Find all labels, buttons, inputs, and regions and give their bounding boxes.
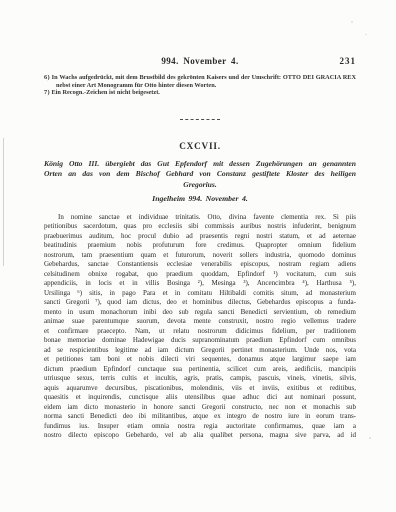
scanned-book-page: 994. November 4. 231 6) In Wachs aufgedr… xyxy=(0,0,396,512)
body-line: utriusque sexus, terris cultis et incult… xyxy=(44,374,356,384)
body-line: nostro dilecto episcopo Gebehardo, vel a… xyxy=(44,431,356,441)
body-line: sancti Gregorii ⁷), quod iam dictus, deo… xyxy=(44,298,356,308)
body-line: In nomine sanctae et individuae trinitat… xyxy=(44,213,356,223)
charter-dateline: Ingelheim 994. November 4. xyxy=(44,194,356,203)
body-line: quaesitis et inquirendis, cunctisque ali… xyxy=(44,393,356,403)
charter-body: In nomine sanctae et individuae trinitat… xyxy=(44,213,356,441)
footnote-block: 6) In Wachs aufgedrückt, mit dem Brustbi… xyxy=(44,74,356,97)
scan-speck xyxy=(369,437,371,439)
summary-line: Gregorius. xyxy=(44,180,356,191)
body-line: Ursilinga ⁶) sitis, in pago Para et in c… xyxy=(44,289,356,299)
body-line: petitionibus sacerdotum, quas pro eccles… xyxy=(44,222,356,232)
page-content: 994. November 4. 231 6) In Wachs aufgedr… xyxy=(44,0,356,441)
section-separator xyxy=(180,119,220,120)
charter-number-heading: CXCVII. xyxy=(44,141,356,151)
scan-speck xyxy=(365,34,367,35)
body-line: celsitudinem obnixe rogabat, quo praediu… xyxy=(44,270,356,280)
body-line: Gebehardus, sanctae Constantiensis eccle… xyxy=(44,260,356,270)
summary-line: König Otto III. übergiebt das Gut Epfend… xyxy=(44,159,356,170)
body-line: praebuerimus auditum, hoc procul dubio a… xyxy=(44,232,356,242)
body-line: animae suae parentumque suorum, devota m… xyxy=(44,317,356,327)
body-line: fundimus ius. Insuper etiam omnia nostra… xyxy=(44,422,356,432)
charter-summary: König Otto III. übergiebt das Gut Epfend… xyxy=(44,159,356,191)
body-line: eidem iam dicto monasterio in honore san… xyxy=(44,403,356,413)
page-number: 231 xyxy=(340,56,357,66)
footnote-6: 6) In Wachs aufgedrückt, mit dem Brustbi… xyxy=(44,74,356,89)
body-line: aquis aquarumve decursibus, piscationibu… xyxy=(44,384,356,394)
summary-line: Orten an das von dem Bischof Gebhard von… xyxy=(44,169,356,180)
body-line: nostrorum, tam praesentium quam et futur… xyxy=(44,251,356,261)
body-line: bonae memoriae dominae Hadewigae ducis s… xyxy=(44,336,356,346)
running-head: 994. November 4. 231 xyxy=(44,56,356,67)
body-line: ad se respicientibus legitime ad iam dic… xyxy=(44,346,356,356)
footnote-text: Ein Recogn.-Zeichen ist nicht beigesetzt… xyxy=(51,89,159,96)
body-line: beatitudinis praemium nobis profuturum f… xyxy=(44,241,356,251)
footnote-marker: 6) xyxy=(44,74,50,81)
running-head-date: 994. November 4. xyxy=(44,56,356,66)
footnote-7: 7) Ein Recogn.-Zeichen ist nicht beigese… xyxy=(44,89,356,97)
footnote-text: In Wachs aufgedrückt, mit dem Brustbild … xyxy=(52,74,356,89)
body-line: norma sancti Benedicti deo ibi militanti… xyxy=(44,412,356,422)
body-line: dictum praedium Epfindorf cunctaque sua … xyxy=(44,365,356,375)
body-line: appendiciis, in locis et in villis Bosin… xyxy=(44,279,356,289)
body-line: mento in usum monachorum inibi deo sub r… xyxy=(44,308,356,318)
body-line: et confirmare praecepto. Nam, ut relatu … xyxy=(44,327,356,337)
footnote-marker: 7) xyxy=(44,89,50,96)
body-line: et petitiones tam boni et nobis dilecti … xyxy=(44,355,356,365)
scan-artifact-line xyxy=(3,138,4,266)
